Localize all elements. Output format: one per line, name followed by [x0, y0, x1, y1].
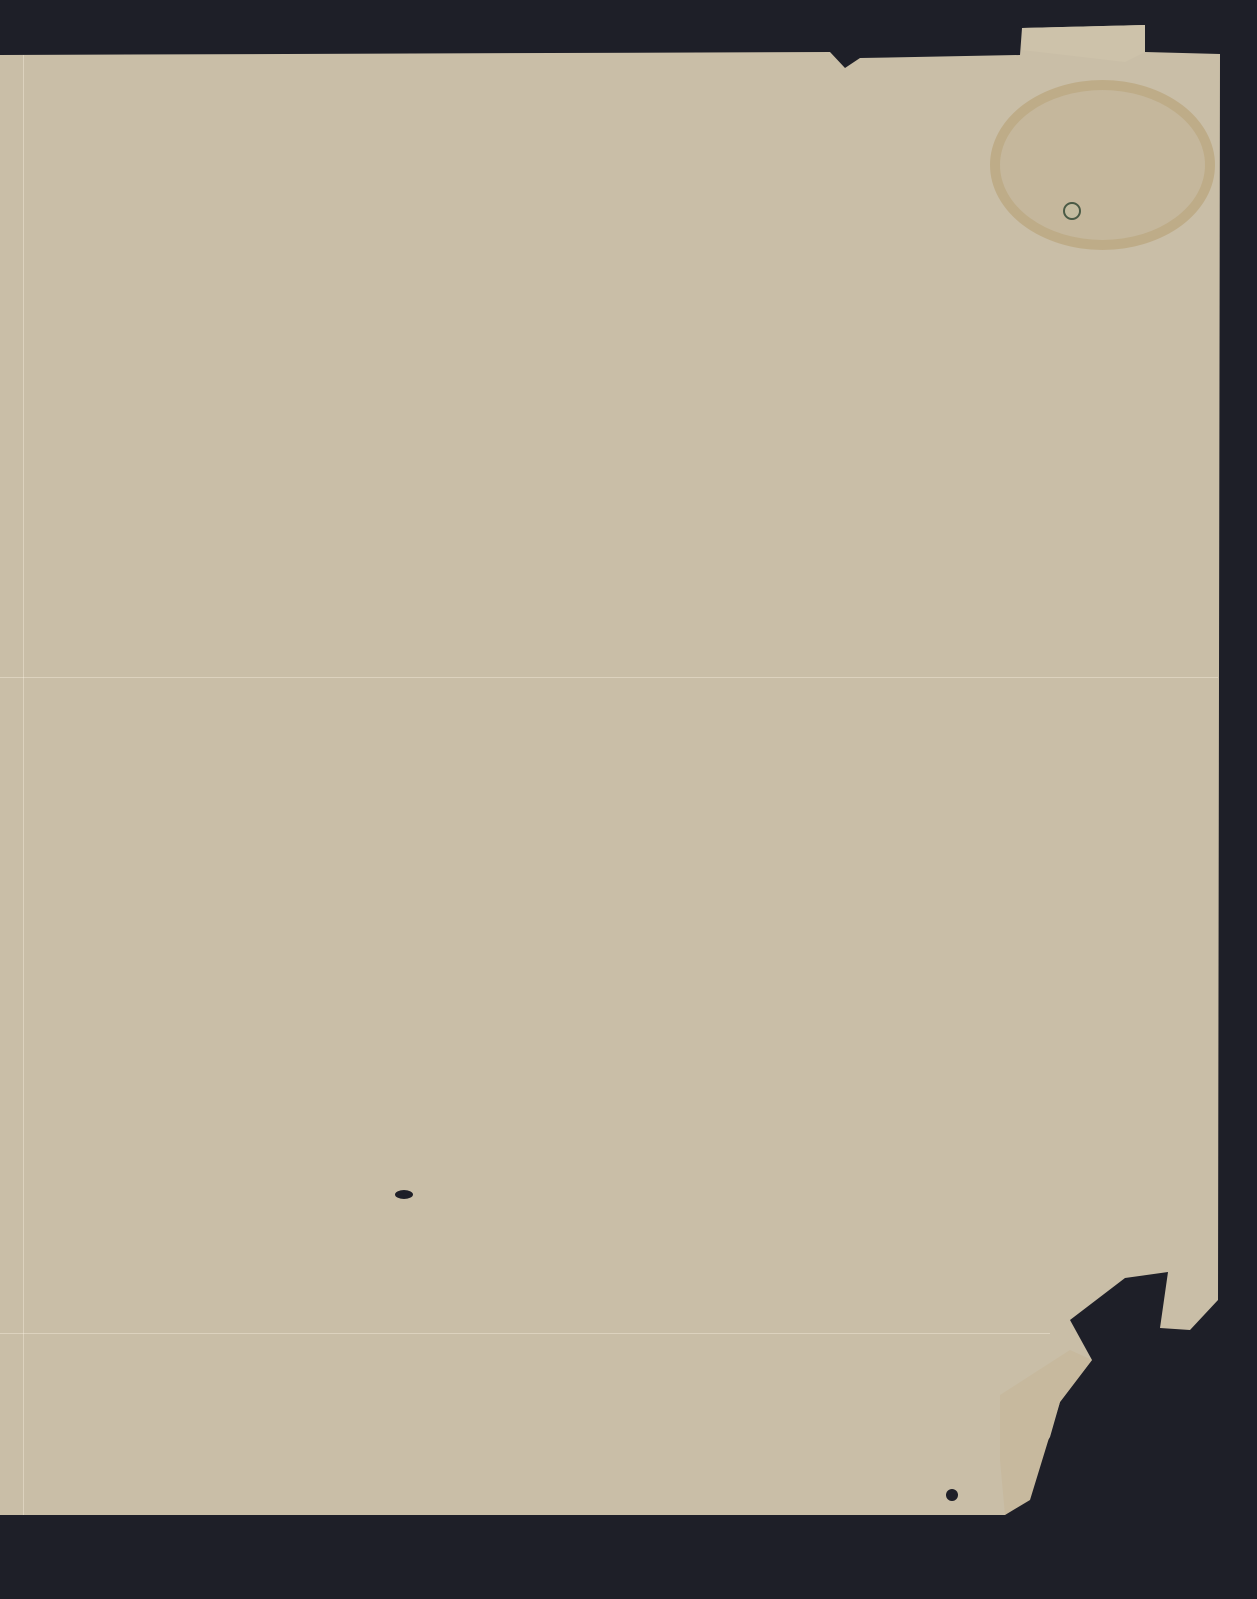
scanned-paper-page [0, 0, 1257, 1599]
fold-line-vertical [23, 55, 24, 1515]
ink-dot [1063, 202, 1081, 220]
fold-line-horizontal-lower [0, 1333, 1050, 1334]
water-stain [990, 80, 1215, 250]
fold-line-horizontal [0, 677, 1218, 678]
paper-hole [946, 1489, 958, 1501]
paper-hole [395, 1190, 413, 1199]
